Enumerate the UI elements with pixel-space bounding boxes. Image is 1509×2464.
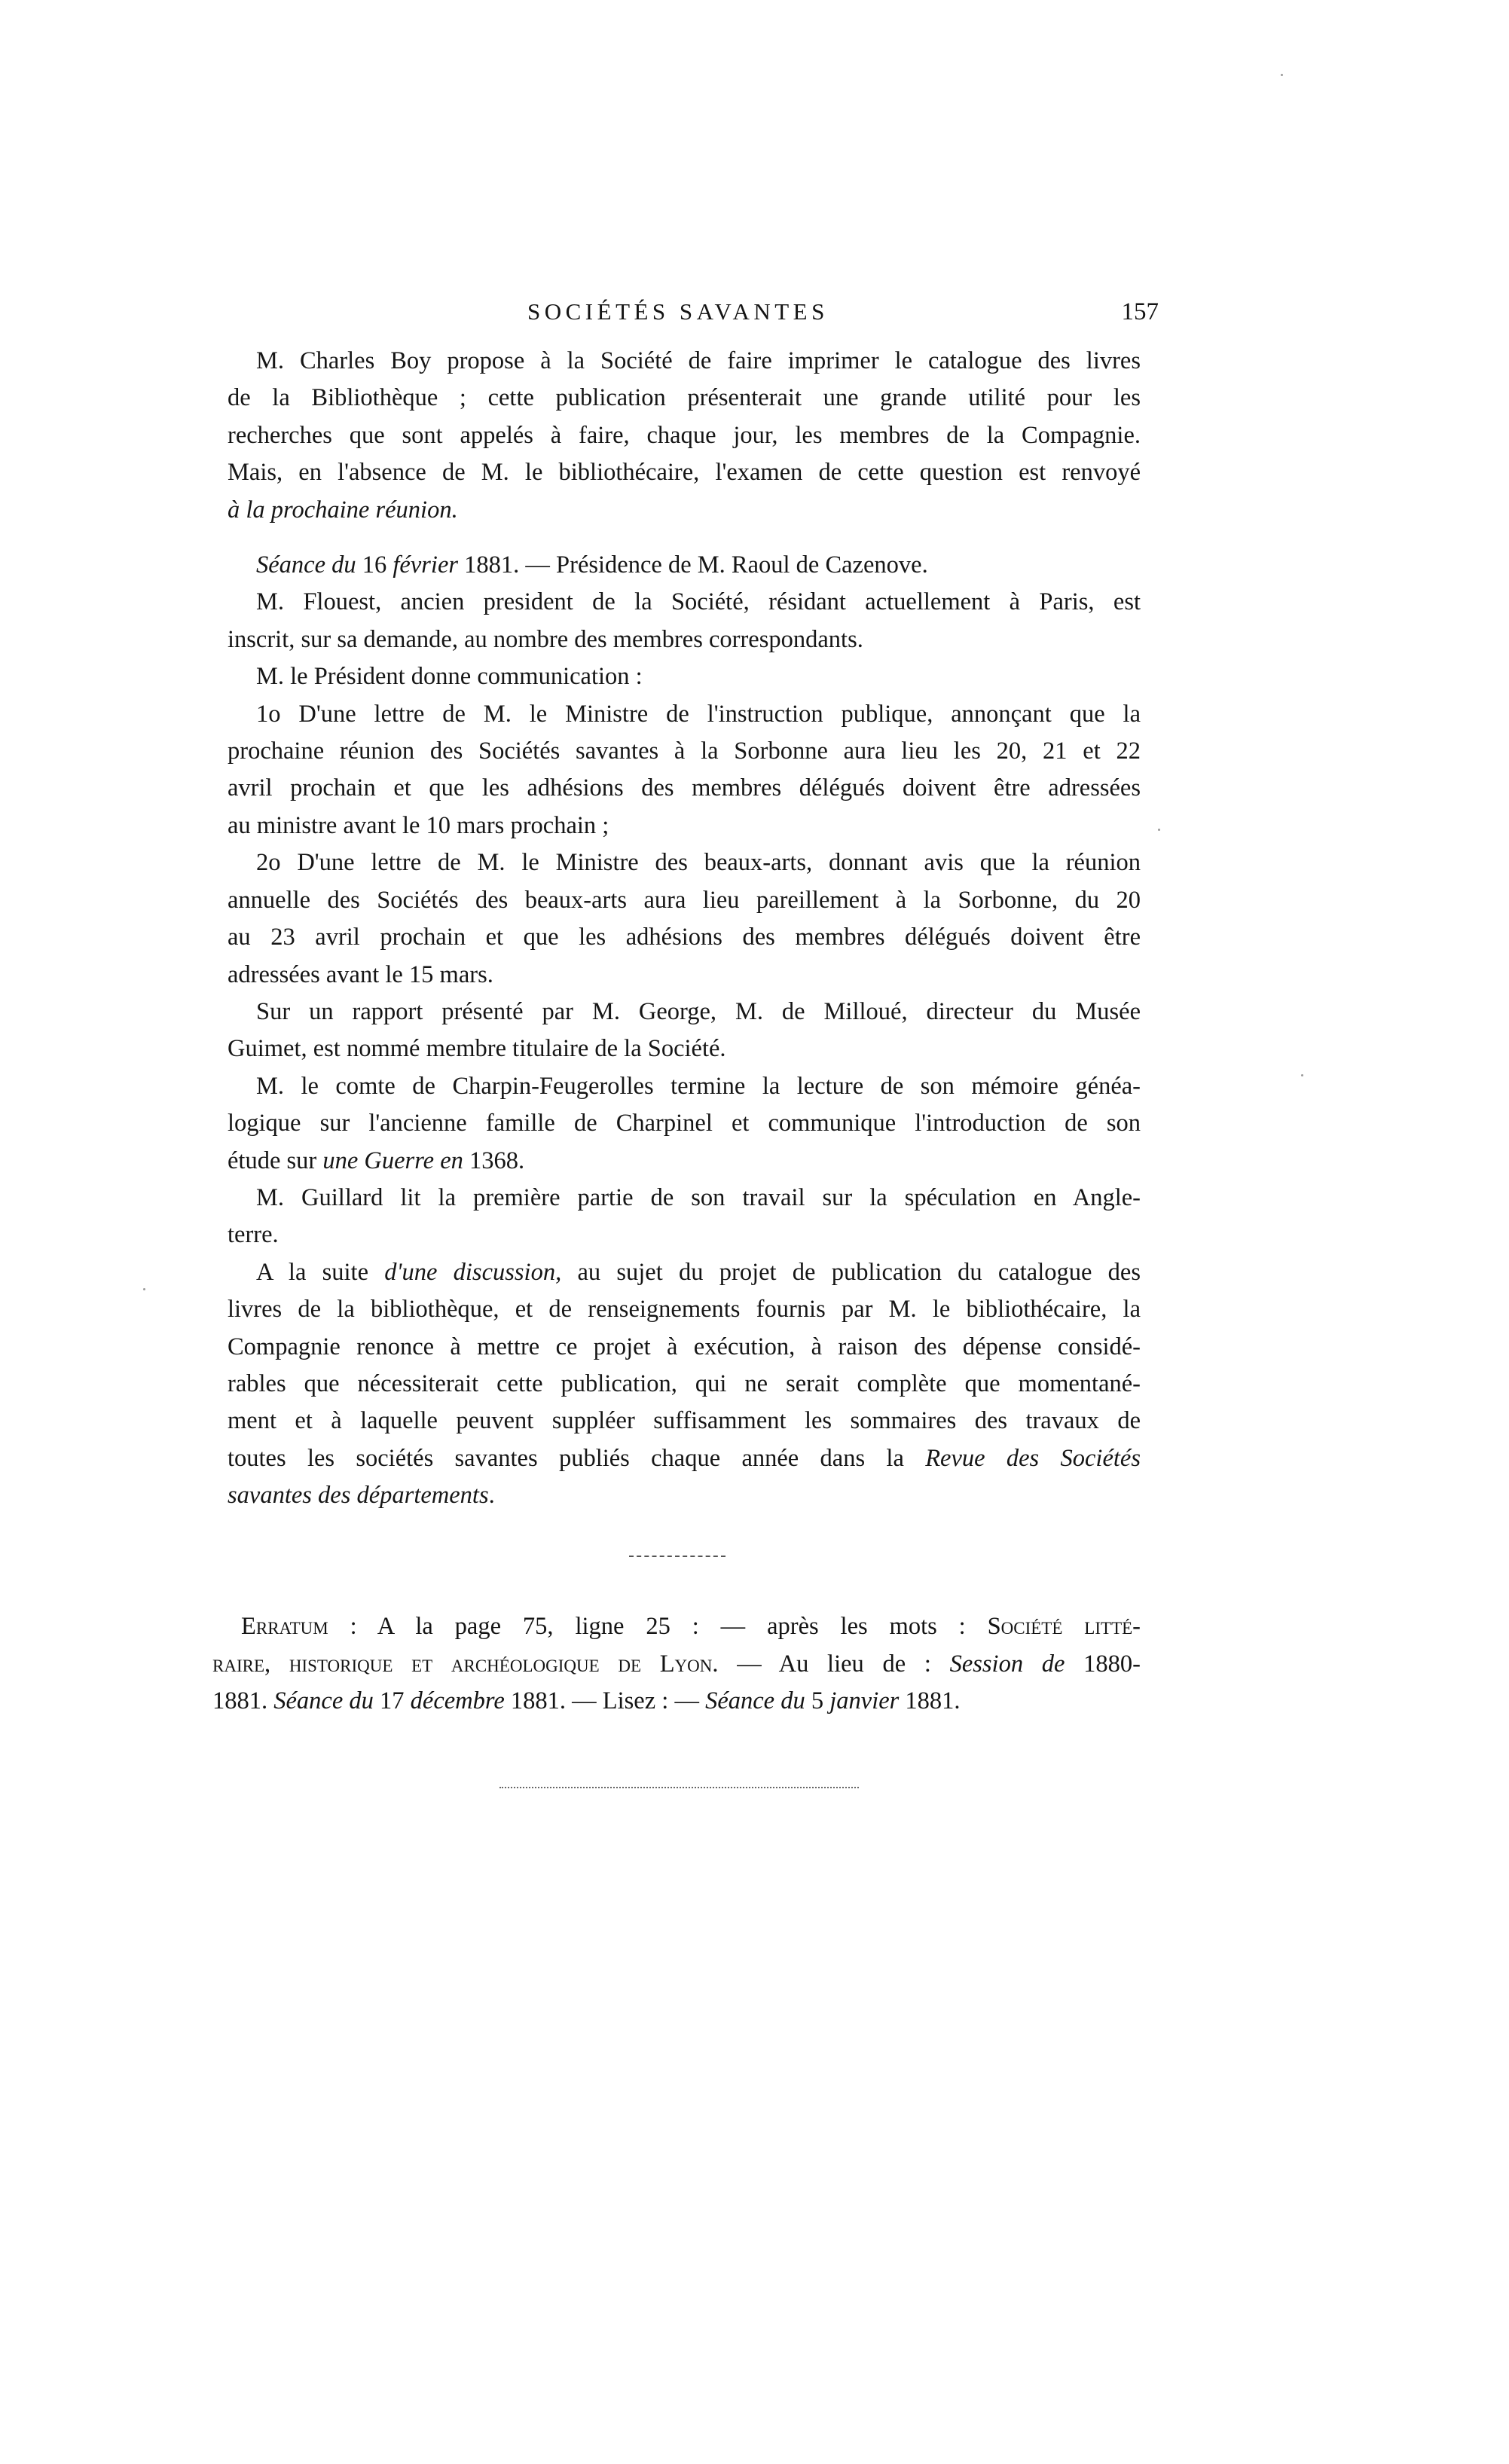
text-fragment-italic: Séance du [705, 1687, 805, 1714]
paragraph-catalogue-proposal: M. Charles Boy propose à la Société de f… [228, 343, 1141, 529]
text-line: inscrit, sur sa demande, au nombre des m… [228, 621, 1141, 658]
text-fragment: 5 [805, 1687, 830, 1714]
text-line: M. le Président donne communication : [228, 658, 1141, 695]
text-line: terre. [228, 1217, 1141, 1253]
paragraph-guillard: M. Guillard lit la première partie de so… [228, 1180, 1141, 1254]
seance-day: 16 [356, 551, 393, 579]
paragraph-seance-heading: Séance du 16 février 1881. — Présidence … [228, 547, 1141, 584]
paragraph-letter-instruction: 1o D'une lettre de M. le Ministre de l'i… [228, 696, 1141, 845]
page-number: 157 [1122, 295, 1159, 328]
text-line: annuelle des Sociétés des beaux-arts aur… [228, 882, 1141, 919]
text-line: M. le comte de Charpin-Feugerolles termi… [228, 1068, 1141, 1105]
text-fragment: . [489, 1482, 495, 1509]
erratum-note: Erratum : A la page 75, ligne 25 : — apr… [212, 1608, 1141, 1721]
text-fragment-italic: d'une discussion, [384, 1259, 561, 1286]
text-line: 2o D'une lettre de M. le Ministre des be… [228, 844, 1141, 881]
text-line: à la prochaine réunion. [228, 492, 1141, 529]
journal-title: Revue des Sociétés [925, 1445, 1141, 1472]
text-line: Guimet, est nommé membre titulaire de la… [228, 1030, 1141, 1067]
seance-label: Séance du [256, 551, 356, 579]
running-head: SOCIÉTÉS SAVANTES 157 [226, 295, 1160, 328]
end-rule [499, 1787, 859, 1788]
text-fragment: 1368. [463, 1147, 524, 1174]
work-title: une Guerre en [322, 1147, 463, 1174]
paragraph-charpin-feugerolles: M. le comte de Charpin-Feugerolles termi… [228, 1068, 1141, 1180]
text-line: M. Charles Boy propose à la Société de f… [228, 343, 1141, 380]
section-divider [629, 1556, 725, 1557]
text-line: M. Flouest, ancien president de la Socié… [228, 584, 1141, 621]
journal-title: savantes des départements [228, 1482, 489, 1509]
scanned-page: SOCIÉTÉS SAVANTES 157 M. Charles Boy pro… [0, 0, 1509, 2464]
text-fragment: 1881. [212, 1687, 273, 1714]
text-fragment: . — Au lieu de : [712, 1650, 949, 1678]
text-fragment: à la prochaine réunion. [228, 496, 458, 524]
seance-heading: Séance du 16 février 1881. — Présidence … [228, 547, 1141, 584]
text-fragment-italic: décembre [411, 1687, 505, 1714]
text-line: 1881. Séance du 17 décembre 1881. — Lise… [212, 1683, 1141, 1721]
seance-month: février [393, 551, 458, 579]
text-fragment-smallcaps: Société litté- [988, 1613, 1141, 1640]
text-line: A la suite d'une discussion, au sujet du… [228, 1254, 1141, 1291]
text-fragment: : A la page 75, ligne 25 : — après les m… [328, 1613, 988, 1640]
seance-presidence: 1881. — Présidence de M. Raoul de Cazeno… [458, 551, 928, 579]
paragraph-milloue: Sur un rapport présenté par M. George, M… [228, 994, 1141, 1068]
text-fragment: 1880- [1065, 1650, 1141, 1678]
text-fragment: 1881. — Lisez : — [505, 1687, 705, 1714]
erratum-label: Erratum [241, 1613, 328, 1640]
text-fragment: 1881. [899, 1687, 960, 1714]
text-line: ment et à laquelle peuvent suppléer suff… [228, 1403, 1141, 1440]
text-line: prochaine réunion des Sociétés savantes … [228, 733, 1141, 770]
text-line: Erratum : A la page 75, ligne 25 : — apr… [212, 1608, 1141, 1646]
text-line: étude sur une Guerre en 1368. [228, 1143, 1141, 1180]
text-line: livres de la bibliothèque, et de renseig… [228, 1291, 1141, 1328]
paragraph-letter-beaux-arts: 2o D'une lettre de M. le Ministre des be… [228, 844, 1141, 994]
text-fragment: A la suite [256, 1259, 384, 1286]
text-line: recherches que sont appelés à faire, cha… [228, 417, 1141, 454]
scan-speck [1158, 829, 1160, 831]
text-line: Sur un rapport présenté par M. George, M… [228, 994, 1141, 1030]
text-line: toutes les sociétés savantes publiés cha… [228, 1440, 1141, 1477]
text-line: logique sur l'ancienne famille de Charpi… [228, 1105, 1141, 1142]
text-fragment-italic: Séance du [273, 1687, 374, 1714]
text-line: au 23 avril prochain et que les adhésion… [228, 919, 1141, 956]
running-title: SOCIÉTÉS SAVANTES [527, 295, 829, 328]
paragraph-president-communication: M. le Président donne communication : [228, 658, 1141, 695]
text-line: M. Guillard lit la première partie de so… [228, 1180, 1141, 1217]
text-fragment: au sujet du projet de publication du cat… [561, 1259, 1141, 1286]
text-line: au ministre avant le 10 mars prochain ; [228, 808, 1141, 844]
text-line: savantes des départements. [228, 1477, 1141, 1514]
paragraph-catalogue-decision: A la suite d'une discussion, au sujet du… [228, 1254, 1141, 1515]
text-fragment-smallcaps: raire, historique et archéologique de Ly… [212, 1650, 712, 1678]
text-line: raire, historique et archéologique de Ly… [212, 1646, 1141, 1684]
paragraph-flouest: M. Flouest, ancien president de la Socié… [228, 584, 1141, 658]
text-line: de la Bibliothèque ; cette publication p… [228, 380, 1141, 417]
text-fragment: toutes les sociétés savantes publiés cha… [228, 1445, 925, 1472]
text-line: Mais, en l'absence de M. le bibliothécai… [228, 454, 1141, 491]
scan-speck [1281, 74, 1283, 76]
text-line: Compagnie renonce à mettre ce projet à e… [228, 1329, 1141, 1366]
text-fragment: étude sur [228, 1147, 322, 1174]
text-line: avril prochain et que les adhésions des … [228, 770, 1141, 807]
text-fragment-italic: janvier [829, 1687, 899, 1714]
text-fragment-italic: Session de [950, 1650, 1065, 1678]
text-line: adressées avant le 15 mars. [228, 957, 1141, 994]
text-fragment: 17 [374, 1687, 411, 1714]
body-text: M. Charles Boy propose à la Société de f… [228, 343, 1141, 1515]
text-line: rables que nécessiterait cette publicati… [228, 1366, 1141, 1403]
scan-speck [143, 1288, 145, 1290]
text-line: 1o D'une lettre de M. le Ministre de l'i… [228, 696, 1141, 733]
scan-speck [1301, 1074, 1303, 1076]
